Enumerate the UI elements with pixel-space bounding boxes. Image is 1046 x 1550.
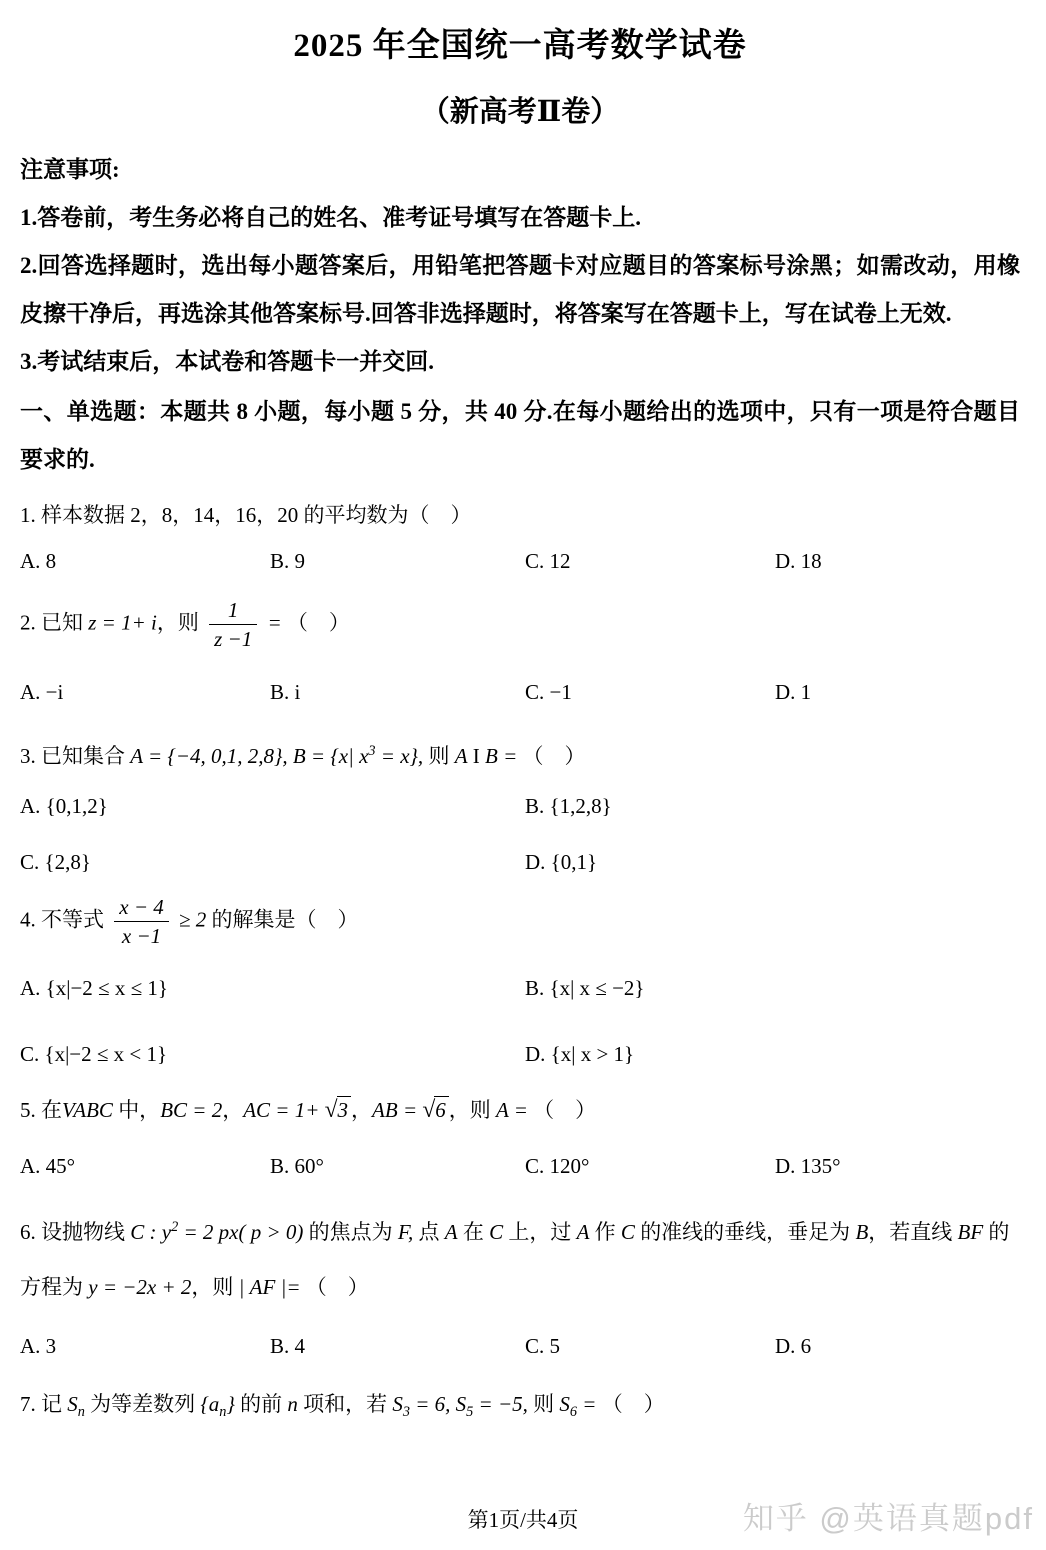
sqrt-expression: √3 [325,1098,351,1122]
text-segment: 的解集是（ ） [212,908,359,932]
superscript: 3 [368,743,375,759]
text-segment: S [67,1392,78,1416]
exam-title: 2025 年全国统一高考数学试卷 [20,26,1020,66]
text-segment: } [226,1392,240,1416]
exam-page: 2025 年全国统一高考数学试卷 （新高考Ⅱ卷） 注意事项: 1.答卷前，考生务… [0,0,1046,1550]
text-segment: C [621,1220,635,1244]
text-segment: 5. 在 [20,1098,62,1122]
question-2-text: 2. 已知 z = 1+ i，则 1z −1 = （ ） [20,596,1020,653]
text-segment: | AF |= [239,1275,306,1299]
text-segment: z = 1+ i [88,610,157,634]
watermark: 知乎 @英语真题pdf [743,1493,1034,1538]
question-4-option-d: D. {x| x > 1} [525,1039,1020,1069]
question-3-text: 3. 已知集合 A = {−4, 0,1, 2,8}, B = {x| x3 =… [20,731,1020,781]
question-3-option-b: B. {1,2,8} [525,791,1020,821]
notice-heading: 注意事项: [20,146,1020,194]
text-segment: 项和，若 [298,1392,393,1416]
question-3-option-a: A. {0,1,2} [20,791,525,821]
text-segment: 点 [419,1220,445,1244]
question-2-option-c: C. −1 [525,677,775,707]
question-2-options: A. −i B. i C. −1 D. 1 [20,677,1020,707]
text-segment: 上，过 [503,1220,577,1244]
text-segment: （ ） [306,1275,369,1299]
text-segment: AB = [372,1098,422,1122]
text-segment: = [577,1392,602,1416]
question-1-option-c: C. 12 [525,546,775,576]
question-6-text: 6. 设抛物线 C : y2 = 2 px( p > 0) 的焦点为 F, 点 … [20,1205,1020,1315]
question-7: 7. 记 Sn 为等差数列 {an} 的前 n 项和，若 S3 = 6, S5 … [20,1379,1020,1429]
text-segment: ， [351,1098,372,1122]
text-segment: ，则 [449,1098,496,1122]
text-segment: BF [958,1220,984,1244]
text-segment: C : y [130,1220,171,1244]
question-7-text: 7. 记 Sn 为等差数列 {an} 的前 n 项和，若 S3 = 6, S5 … [20,1379,1020,1429]
text-segment: 则 [428,744,454,768]
text-segment: C [489,1220,503,1244]
text-segment: ，则 [191,1275,238,1299]
text-segment: y = −2x + 2 [88,1275,191,1299]
subscript: 6 [570,1404,577,1420]
text-segment: {a [200,1392,219,1416]
text-segment: AC = 1+ [243,1098,324,1122]
text-segment: 中， [113,1098,160,1122]
text-segment: A [577,1220,590,1244]
question-1-text: 1. 样本数据 2，8，14，16，20 的平均数为（ ） [20,490,1020,540]
text-segment: F, [398,1220,419,1244]
text-segment: S [559,1392,570,1416]
text-segment: （ ） [602,1392,665,1416]
sqrt-expression: √6 [422,1098,448,1122]
text-segment: 2. 已知 [20,610,88,634]
question-1-option-a: A. 8 [20,546,270,576]
question-2-option-b: B. i [270,677,525,707]
text-segment: A = [496,1098,533,1122]
page-content: 2025 年全国统一高考数学试卷 （新高考Ⅱ卷） 注意事项: 1.答卷前，考生务… [0,26,1046,1429]
question-1-option-b: B. 9 [270,546,525,576]
text-segment: = 6, S [410,1392,466,1416]
question-4-text: 4. 不等式 x − 4x −1 ≥ 2 的解集是（ ） [20,893,1020,950]
question-3-option-d: D. {0,1} [525,847,1020,877]
question-6-options: A. 3 B. 4 C. 5 D. 6 [20,1331,1020,1361]
notice-item-2: 2.回答选择题时，选出每小题答案后，用铅笔把答题卡对应题目的答案标号涂黑；如需改… [20,242,1020,338]
question-5: 5. 在VABC 中，BC = 2，AC = 1+ √3，AB = √6，则 A… [20,1085,1020,1181]
question-6-option-b: B. 4 [270,1331,525,1361]
text-segment: ≥ 2 [174,908,212,932]
text-segment: 在 [458,1220,490,1244]
text-segment: （ ） [523,744,586,768]
question-5-option-b: B. 60° [270,1151,525,1181]
text-segment: n [287,1392,298,1416]
subscript: n [78,1404,85,1420]
text-segment: 4. 不等式 [20,908,109,932]
section-heading: 一、单选题：本题共 8 小题，每小题 5 分，共 40 分.在每小题给出的选项中… [20,388,1020,484]
question-5-option-c: C. 120° [525,1151,775,1181]
notice-item-1: 1.答卷前，考生务必将自己的姓名、准考证号填写在答题卡上. [20,194,1020,242]
text-segment: 1. 样本数据 2，8，14，16，20 的平均数为（ ） [20,503,472,527]
text-segment: （ ） [287,610,350,634]
question-4: 4. 不等式 x − 4x −1 ≥ 2 的解集是（ ） A. {x|−2 ≤ … [20,893,1020,1068]
question-4-option-b: B. {x| x ≤ −2} [525,973,1020,1003]
question-3: 3. 已知集合 A = {−4, 0,1, 2,8}, B = {x| x3 =… [20,731,1020,877]
text-segment: = x}, [376,744,429,768]
text-segment: 的前 [240,1392,287,1416]
question-5-option-a: A. 45° [20,1151,270,1181]
question-6-option-a: A. 3 [20,1331,270,1361]
question-5-options: A. 45° B. 60° C. 120° D. 135° [20,1151,1020,1181]
text-segment: 为等差数列 [85,1392,201,1416]
text-segment: B [855,1220,868,1244]
text-segment: S [392,1392,403,1416]
text-segment: 6. 设抛物线 [20,1220,130,1244]
exam-subtitle: （新高考Ⅱ卷） [20,94,1020,130]
question-2: 2. 已知 z = 1+ i，则 1z −1 = （ ） A. −i B. i … [20,596,1020,707]
text-segment: B = [485,744,523,768]
question-4-options: A. {x|−2 ≤ x ≤ 1} B. {x| x ≤ −2} C. {x|−… [20,973,1020,1069]
question-1: 1. 样本数据 2，8，14，16，20 的平均数为（ ） A. 8 B. 9 … [20,490,1020,576]
question-3-options: A. {0,1,2} B. {1,2,8} C. {2,8} D. {0,1} [20,791,1020,877]
text-segment: 7. 记 [20,1392,67,1416]
question-6: 6. 设抛物线 C : y2 = 2 px( p > 0) 的焦点为 F, 点 … [20,1205,1020,1361]
question-1-options: A. 8 B. 9 C. 12 D. 18 [20,546,1020,576]
text-segment: 的准线的垂线，垂足为 [635,1220,856,1244]
text-segment: VABC [62,1098,113,1122]
text-segment: A [455,744,468,768]
question-3-option-c: C. {2,8} [20,847,525,877]
text-segment: A = {−4, 0,1, 2,8}, B = {x| x [130,744,368,768]
question-4-option-a: A. {x|−2 ≤ x ≤ 1} [20,973,525,1003]
text-segment: BC = 2 [160,1098,222,1122]
question-2-option-d: D. 1 [775,677,1020,707]
text-segment: 3. 已知集合 [20,744,130,768]
text-segment: I [468,744,486,768]
fraction: 1z −1 [209,598,257,651]
text-segment: 作 [589,1220,621,1244]
notice-item-3: 3.考试结束后，本试卷和答题卡一并交回. [20,338,1020,386]
text-segment: （ ） [533,1098,596,1122]
text-segment: ，若直线 [868,1220,957,1244]
text-segment: = −5, [473,1392,528,1416]
question-6-option-c: C. 5 [525,1331,775,1361]
text-segment: ， [222,1098,243,1122]
question-4-option-c: C. {x|−2 ≤ x < 1} [20,1039,525,1069]
text-segment: = [262,610,287,634]
subscript: 3 [403,1404,410,1420]
text-segment: ，则 [157,610,204,634]
question-5-text: 5. 在VABC 中，BC = 2，AC = 1+ √3，AB = √6，则 A… [20,1085,1020,1135]
question-6-option-d: D. 6 [775,1331,1020,1361]
text-segment: = 2 px( p > 0) [178,1220,308,1244]
text-segment: 则 [528,1392,560,1416]
fraction: x − 4x −1 [114,895,169,948]
question-2-option-a: A. −i [20,677,270,707]
text-segment: 的焦点为 [309,1220,398,1244]
question-5-option-d: D. 135° [775,1151,1020,1181]
question-1-option-d: D. 18 [775,546,1020,576]
text-segment: A [445,1220,458,1244]
